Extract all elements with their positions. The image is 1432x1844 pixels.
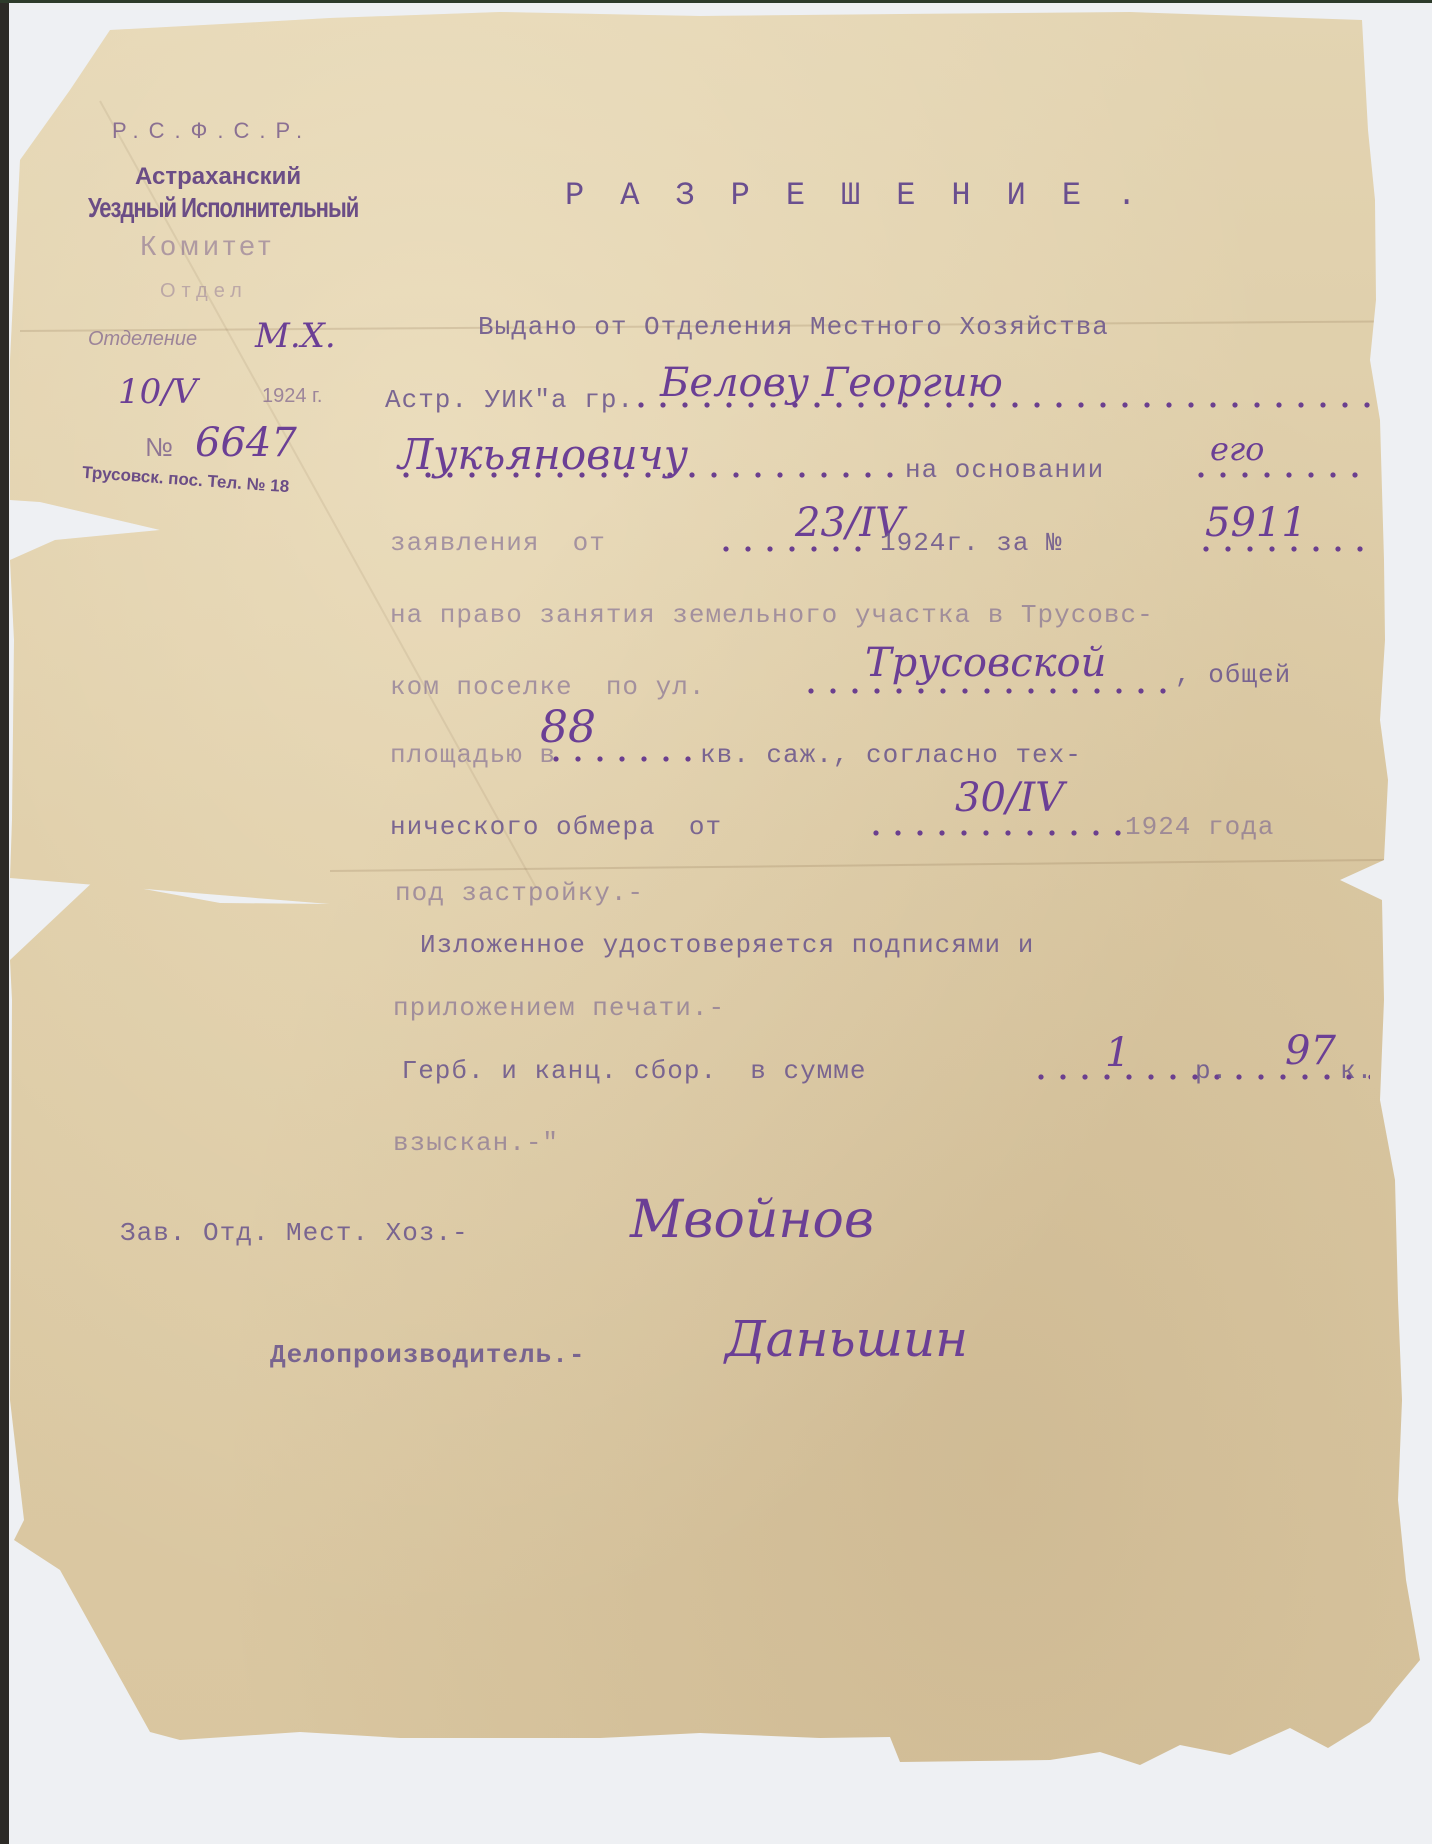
scanner-edge-top — [0, 0, 1432, 3]
body-line-13: взыскан.-" — [393, 1128, 559, 1158]
body-line-8-prefix: нического обмера от — [390, 812, 722, 842]
fill-dots — [1190, 472, 1370, 478]
stamp-committee: Уездный Исполнительный — [88, 192, 358, 225]
fill-dots — [1195, 546, 1375, 552]
survey-date: 30/IV — [955, 775, 1064, 821]
deputy-label: Зав. Отд. Мест. Хоз.- — [120, 1218, 469, 1248]
fee-r-label: р. — [1195, 1056, 1228, 1086]
body-line-9: под застройку.- — [395, 878, 644, 908]
area-value: 88 — [540, 702, 596, 753]
deputy-signature: Мвойнов — [630, 1190, 874, 1250]
fill-dots — [800, 688, 1180, 694]
fill-dots — [715, 546, 875, 552]
body-line-3-mid: на основании — [905, 455, 1104, 485]
recipient-name: Белову Георгию — [660, 360, 1003, 406]
clerk-signature: Даньшин — [725, 1310, 968, 1368]
fee-kopecks: 97 — [1285, 1028, 1336, 1074]
stamp-footer: Трусовск. пос. Тел. № 18 — [82, 463, 290, 497]
stamp-dept-label: Отделение — [88, 328, 197, 351]
body-line-4-mid: 1924г. за № — [880, 528, 1063, 558]
body-line-12-prefix: Герб. и канц. сбор. в сумме — [385, 1056, 866, 1086]
body-line-5: на право занятия земельного участка в Тр… — [390, 600, 1154, 630]
stamp-dept-value: М.Х. — [255, 316, 336, 356]
stamp-number-value: 6647 — [195, 420, 297, 466]
body-line-4-prefix: заявления от — [390, 528, 606, 558]
stamp-komitet: Комитет — [140, 230, 275, 262]
stamp-region: Астраханский — [135, 163, 301, 191]
stamp-otdel: Отдел — [160, 280, 248, 303]
stamp-year: 1924 г. — [262, 385, 322, 408]
document-title: РАЗРЕШЕНИЕ. — [565, 177, 1172, 214]
body-line-11: приложением печати.- — [393, 993, 725, 1023]
stamp-number-label: № — [145, 432, 173, 463]
body-line-7-prefix: площадью в — [390, 740, 556, 770]
application-number: 5911 — [1205, 500, 1307, 546]
fill-dots — [545, 756, 695, 762]
body-line-6-prefix: ком поселке по ул. — [390, 672, 705, 702]
body-line-1: Выдано от Отделения Местного Хозяйства — [478, 312, 1109, 342]
fee-rubles: 1 — [1105, 1030, 1130, 1076]
basis-value: его — [1210, 430, 1264, 468]
street-value: Трусовской — [865, 640, 1106, 686]
body-line-7-suffix: кв. саж., согласно тех- — [700, 740, 1082, 770]
recipient-patronymic: Лукьяновичу — [398, 430, 688, 479]
body-line-8-suffix: 1924 года — [1125, 812, 1274, 842]
scanner-edge — [0, 0, 9, 1844]
body-line-6-suffix: , общей — [1175, 660, 1291, 690]
stamp-date: 10/V — [118, 372, 197, 412]
clerk-label: Делопроизводитель.- — [270, 1340, 585, 1370]
stamp-rsfsr: Р.С.Ф.С.Р. — [112, 118, 312, 144]
body-line-10: Изложенное удостоверяется подписями и — [420, 930, 1034, 960]
body-line-2-prefix: Астр. УИК"а гр. — [385, 385, 634, 415]
paper-sheet: Р.С.Ф.С.Р. Астраханский Уездный Исполнит… — [0, 0, 1432, 1844]
fill-dots — [865, 830, 1125, 836]
fee-k-label: к. — [1340, 1056, 1373, 1086]
crease — [330, 859, 1390, 872]
